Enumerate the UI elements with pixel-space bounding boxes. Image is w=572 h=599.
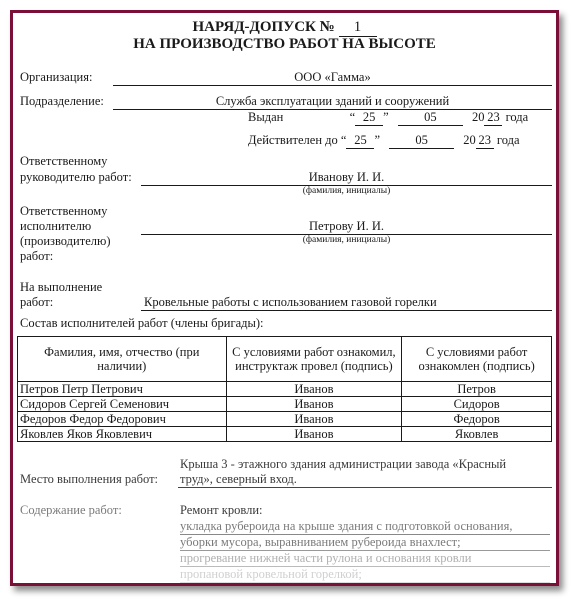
crew-name: Федоров Федор Федорович (18, 412, 227, 427)
executor-label-line2: исполнителю (20, 219, 91, 234)
valid-until-row: Действителен до “25” 05 2023 года (248, 133, 520, 149)
valid-until-year[interactable]: 23 (476, 133, 494, 149)
department-label: Подразделение: (20, 94, 104, 109)
work-label-line1: На выполнение (20, 280, 102, 295)
manager-label-line1: Ответственному (20, 154, 107, 169)
location-value-line1: Крыша 3 - этажного здания администрации … (180, 457, 506, 472)
crew-acknowledged: Петров (402, 382, 552, 397)
header-name: Фамилия, имя, отчество (при наличии) (18, 337, 227, 382)
crew-instructor: Иванов (226, 382, 402, 397)
header-instructor: С условиями работ ознакомил, инструктаж … (226, 337, 402, 382)
crew-instructor: Иванов (226, 397, 402, 412)
location-field[interactable] (178, 472, 552, 488)
crew-name: Петров Петр Петрович (18, 382, 227, 397)
content-line: Ремонт кровли: (180, 503, 262, 518)
work-label-line2: работ: (20, 295, 53, 310)
table-row: Федоров Федор Федорович Иванов Федоров (18, 412, 552, 427)
content-line: укладка рубероида на крыше здания с подг… (180, 519, 512, 534)
crew-label: Состав исполнителей работ (члены бригады… (20, 316, 264, 331)
crew-table: Фамилия, имя, отчество (при наличии) С у… (17, 336, 552, 442)
content-line: пропановой кровельной горелкой; (180, 567, 362, 582)
table-row: Яковлев Яков Яковлевич Иванов Яковлев (18, 427, 552, 442)
content-line: уборки мусора, выравниванием рубероида в… (180, 535, 461, 550)
valid-until-month[interactable]: 05 (389, 133, 454, 149)
crew-instructor: Иванов (226, 412, 402, 427)
department-value: Служба эксплуатации зданий и сооружений (113, 94, 552, 109)
permit-document: НАРЯД-ДОПУСК № 1 НА ПРОИЗВОДСТВО РАБОТ Н… (10, 10, 559, 586)
table-row: Петров Петр Петрович Иванов Петров (18, 382, 552, 397)
valid-until-day[interactable]: 25 (346, 133, 374, 149)
manager-value: Иванову И. И. (141, 170, 552, 185)
organization-label: Организация: (20, 70, 92, 85)
document-title: НАРЯД-ДОПУСК № 1 (13, 19, 556, 37)
organization-value: ООО «Гамма» (113, 70, 552, 85)
issued-month[interactable]: 05 (398, 110, 463, 126)
work-value: Кровельные работы с использованием газов… (144, 295, 437, 310)
executor-value: Петрову И. И. (141, 219, 552, 234)
executor-label-line4: работ: (20, 249, 53, 264)
content-label: Содержание работ: (20, 503, 122, 518)
crew-acknowledged: Сидоров (402, 397, 552, 412)
executor-hint: (фамилия, инициалы) (141, 235, 552, 245)
manager-hint: (фамилия, инициалы) (141, 186, 552, 196)
content-line: прогревание нижней части рулона и основа… (180, 551, 471, 566)
issued-year[interactable]: 23 (484, 110, 502, 126)
issued-row: Выдан “25” 05 2023 года (248, 110, 528, 126)
crew-table-header: Фамилия, имя, отчество (при наличии) С у… (18, 337, 552, 382)
location-label: Место выполнения работ: (20, 472, 158, 487)
manager-label-line2: руководителю работ: (20, 170, 132, 185)
crew-instructor: Иванов (226, 427, 402, 442)
title-line2: НА ПРОИЗВОДСТВО РАБОТ НА ВЫСОТЕ (13, 36, 556, 53)
crew-name: Яковлев Яков Яковлевич (18, 427, 227, 442)
title-line1: НАРЯД-ДОПУСК № (192, 19, 334, 35)
issued-day[interactable]: 25 (355, 110, 383, 126)
crew-name: Сидоров Сергей Семенович (18, 397, 227, 412)
content-line-rule (180, 582, 550, 583)
executor-label-line1: Ответственному (20, 204, 107, 219)
crew-acknowledged: Яковлев (402, 427, 552, 442)
header-acknowledged: С условиями работ ознакомлен (подпись) (402, 337, 552, 382)
permit-number: 1 (339, 19, 377, 37)
executor-label-line3: (производителю) (20, 234, 111, 249)
valid-until-label: Действителен до (248, 133, 338, 147)
issued-label: Выдан (248, 110, 283, 124)
crew-acknowledged: Федоров (402, 412, 552, 427)
table-row: Сидоров Сергей Семенович Иванов Сидоров (18, 397, 552, 412)
